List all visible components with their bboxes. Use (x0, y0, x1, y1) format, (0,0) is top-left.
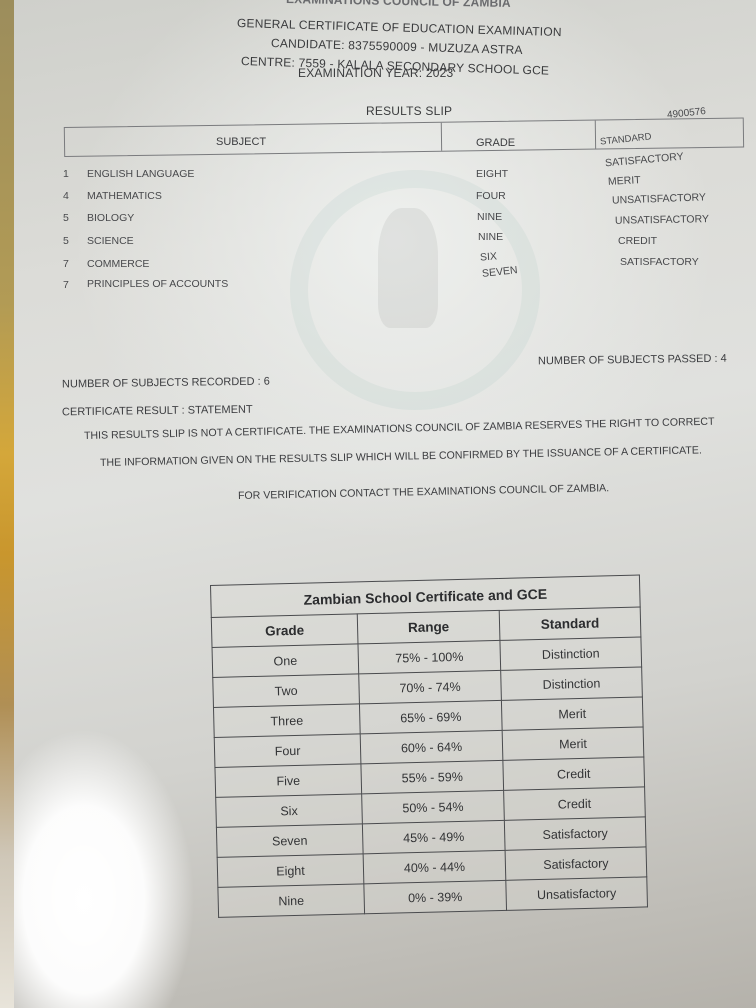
results-slip-title: RESULTS SLIP (366, 104, 452, 118)
grading-cell-range: 55% - 59% (361, 760, 504, 793)
grading-cell-grade: Four (214, 734, 361, 768)
exam-year: EXAMINATION YEAR: 2023 (298, 66, 453, 80)
paper-number: 5 (63, 212, 69, 224)
subject-standard: SATISFACTORY (620, 256, 699, 268)
subject-standard: UNSATISFACTORY (615, 213, 709, 227)
grading-header-grade: Grade (211, 614, 358, 648)
grading-cell-standard: Unsatisfactory (506, 877, 648, 910)
paper-number: 4 (63, 190, 69, 202)
grading-cell-range: 60% - 64% (360, 730, 503, 763)
subject-name: COMMERCE (87, 258, 149, 270)
grading-cell-grade: Six (216, 794, 363, 828)
grading-cell-range: 0% - 39% (364, 880, 507, 913)
grading-cell-standard: Distinction (501, 667, 643, 700)
subject-grade: SIX (480, 250, 498, 263)
grading-cell-standard: Credit (503, 757, 645, 790)
grading-cell-range: 40% - 44% (363, 850, 506, 883)
grading-cell-range: 50% - 54% (362, 790, 505, 823)
subject-standard: MERIT (608, 174, 641, 188)
grading-cell-grade: Nine (218, 884, 365, 918)
column-grade: GRADE (476, 137, 515, 149)
paper-number: 7 (63, 258, 69, 270)
subject-name: SCIENCE (87, 235, 134, 247)
grading-cell-grade: Three (213, 704, 360, 738)
grading-cell-standard: Distinction (500, 637, 642, 670)
grading-cell-grade: Two (213, 674, 360, 708)
grading-cell-range: 45% - 49% (362, 820, 505, 853)
grading-cell-grade: Seven (216, 824, 363, 858)
grading-cell-standard: Credit (504, 787, 646, 820)
subject-standard: CREDIT (618, 235, 657, 247)
subject-name: PRINCIPLES OF ACCOUNTS (87, 278, 228, 290)
grading-header-range: Range (357, 610, 500, 643)
subject-grade: NINE (477, 211, 502, 223)
subject-name: BIOLOGY (87, 212, 134, 224)
grading-cell-grade: One (212, 644, 359, 678)
grading-cell-standard: Merit (502, 727, 644, 760)
grading-cell-standard: Satisfactory (504, 817, 646, 850)
grading-cell-standard: Merit (501, 697, 643, 730)
column-subject: SUBJECT (216, 136, 266, 148)
grading-cell-grade: Eight (217, 854, 364, 888)
paper-number: 1 (63, 168, 69, 180)
grading-cell-grade: Five (215, 764, 362, 798)
grading-cell-range: 75% - 100% (358, 640, 501, 673)
subject-name: ENGLISH LANGUAGE (87, 168, 194, 180)
paper-number: 5 (63, 235, 69, 247)
paper-number: 7 (63, 279, 69, 291)
grading-cell-range: 65% - 69% (359, 700, 502, 733)
subject-grade: FOUR (476, 190, 506, 202)
grading-header-standard: Standard (499, 607, 641, 640)
subject-grade: EIGHT (476, 168, 508, 180)
subject-name: MATHEMATICS (87, 190, 162, 202)
grading-cell-range: 70% - 74% (359, 670, 502, 703)
grading-cell-standard: Satisfactory (505, 847, 647, 880)
grading-scale-table: Zambian School Certificate and GCE Grade… (210, 574, 648, 917)
subject-grade: NINE (478, 231, 503, 243)
